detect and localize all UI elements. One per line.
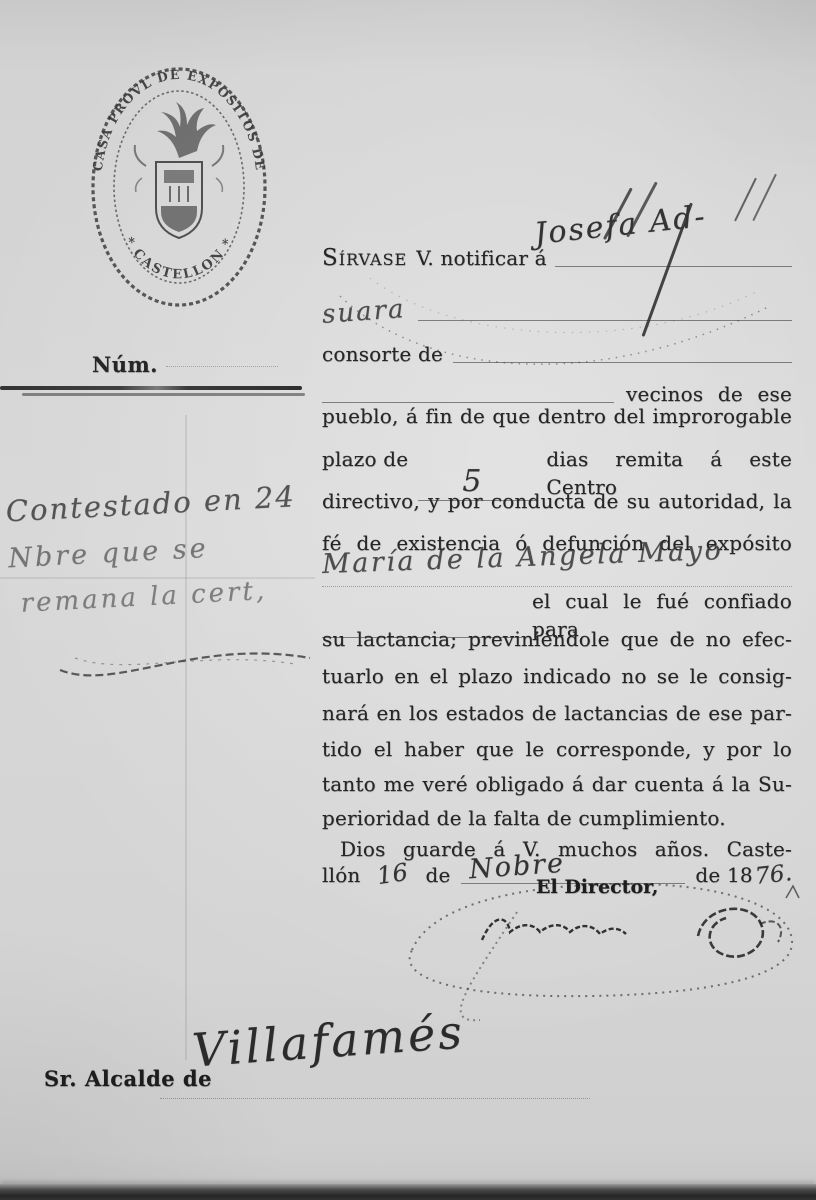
date-prefix-text: llón xyxy=(322,861,361,889)
para-line-9: tido el haber que le corresponde, y por … xyxy=(322,735,792,763)
seal-arc-bottom-text: * CASTELLON * xyxy=(121,235,237,283)
plazo-pre-text: plazo de xyxy=(322,445,408,473)
official-seal: CASA PROVL DE EXPOSITOS DE * CASTELLON * xyxy=(84,60,274,312)
num-label: Núm. xyxy=(92,352,158,377)
name-blank-line-2 xyxy=(418,318,792,321)
seal-coat-of-arms xyxy=(135,102,224,238)
num-field: Núm. xyxy=(92,352,278,377)
para-line-3: directivo, y por conducta de su autorida… xyxy=(322,487,792,515)
para-line-8: nará en los estados de lactancias de ese… xyxy=(322,699,792,727)
consorte-text: consorte de xyxy=(322,340,443,368)
para-line-6: su lactancia; previniéndole que de no ef… xyxy=(322,625,792,653)
printed-rule-heavy xyxy=(0,386,302,390)
para-line-1: pueblo, á fin de que dentro del improrog… xyxy=(322,402,792,430)
line-name-continuation: suara xyxy=(322,298,792,326)
para-line-7: tuarlo en el plazo indicado no se le con… xyxy=(322,662,792,690)
sirvase-word: Sírvase xyxy=(322,244,407,272)
para-line-11: perioridad de la falta de cumplimiento. xyxy=(322,804,792,832)
consorte-blank-line xyxy=(453,360,792,363)
hw-notified-name-part2: suara xyxy=(321,295,406,329)
num-blank-line xyxy=(166,364,278,367)
margin-annotation: Contestado en 24 Nbre que se remana la c… xyxy=(5,470,332,627)
scan-edge-band xyxy=(0,1184,816,1200)
hw-exposito-row: María de la Angela Mayo xyxy=(322,540,792,587)
para-line-10: tanto me veré obligado á dar cuenta á la… xyxy=(322,770,792,798)
line-consorte: consorte de xyxy=(322,340,792,368)
margin-rubric-flourish xyxy=(45,628,325,700)
director-label: El Director, xyxy=(536,876,658,898)
printed-rule-light xyxy=(22,393,305,396)
official-seal-graphic: CASA PROVL DE EXPOSITOS DE * CASTELLON * xyxy=(84,60,274,312)
name-blank-line-1 xyxy=(555,264,792,267)
notificar-text: V. notificar á xyxy=(416,244,547,272)
hw-exposito-name: María de la Angela Mayo xyxy=(322,537,724,579)
